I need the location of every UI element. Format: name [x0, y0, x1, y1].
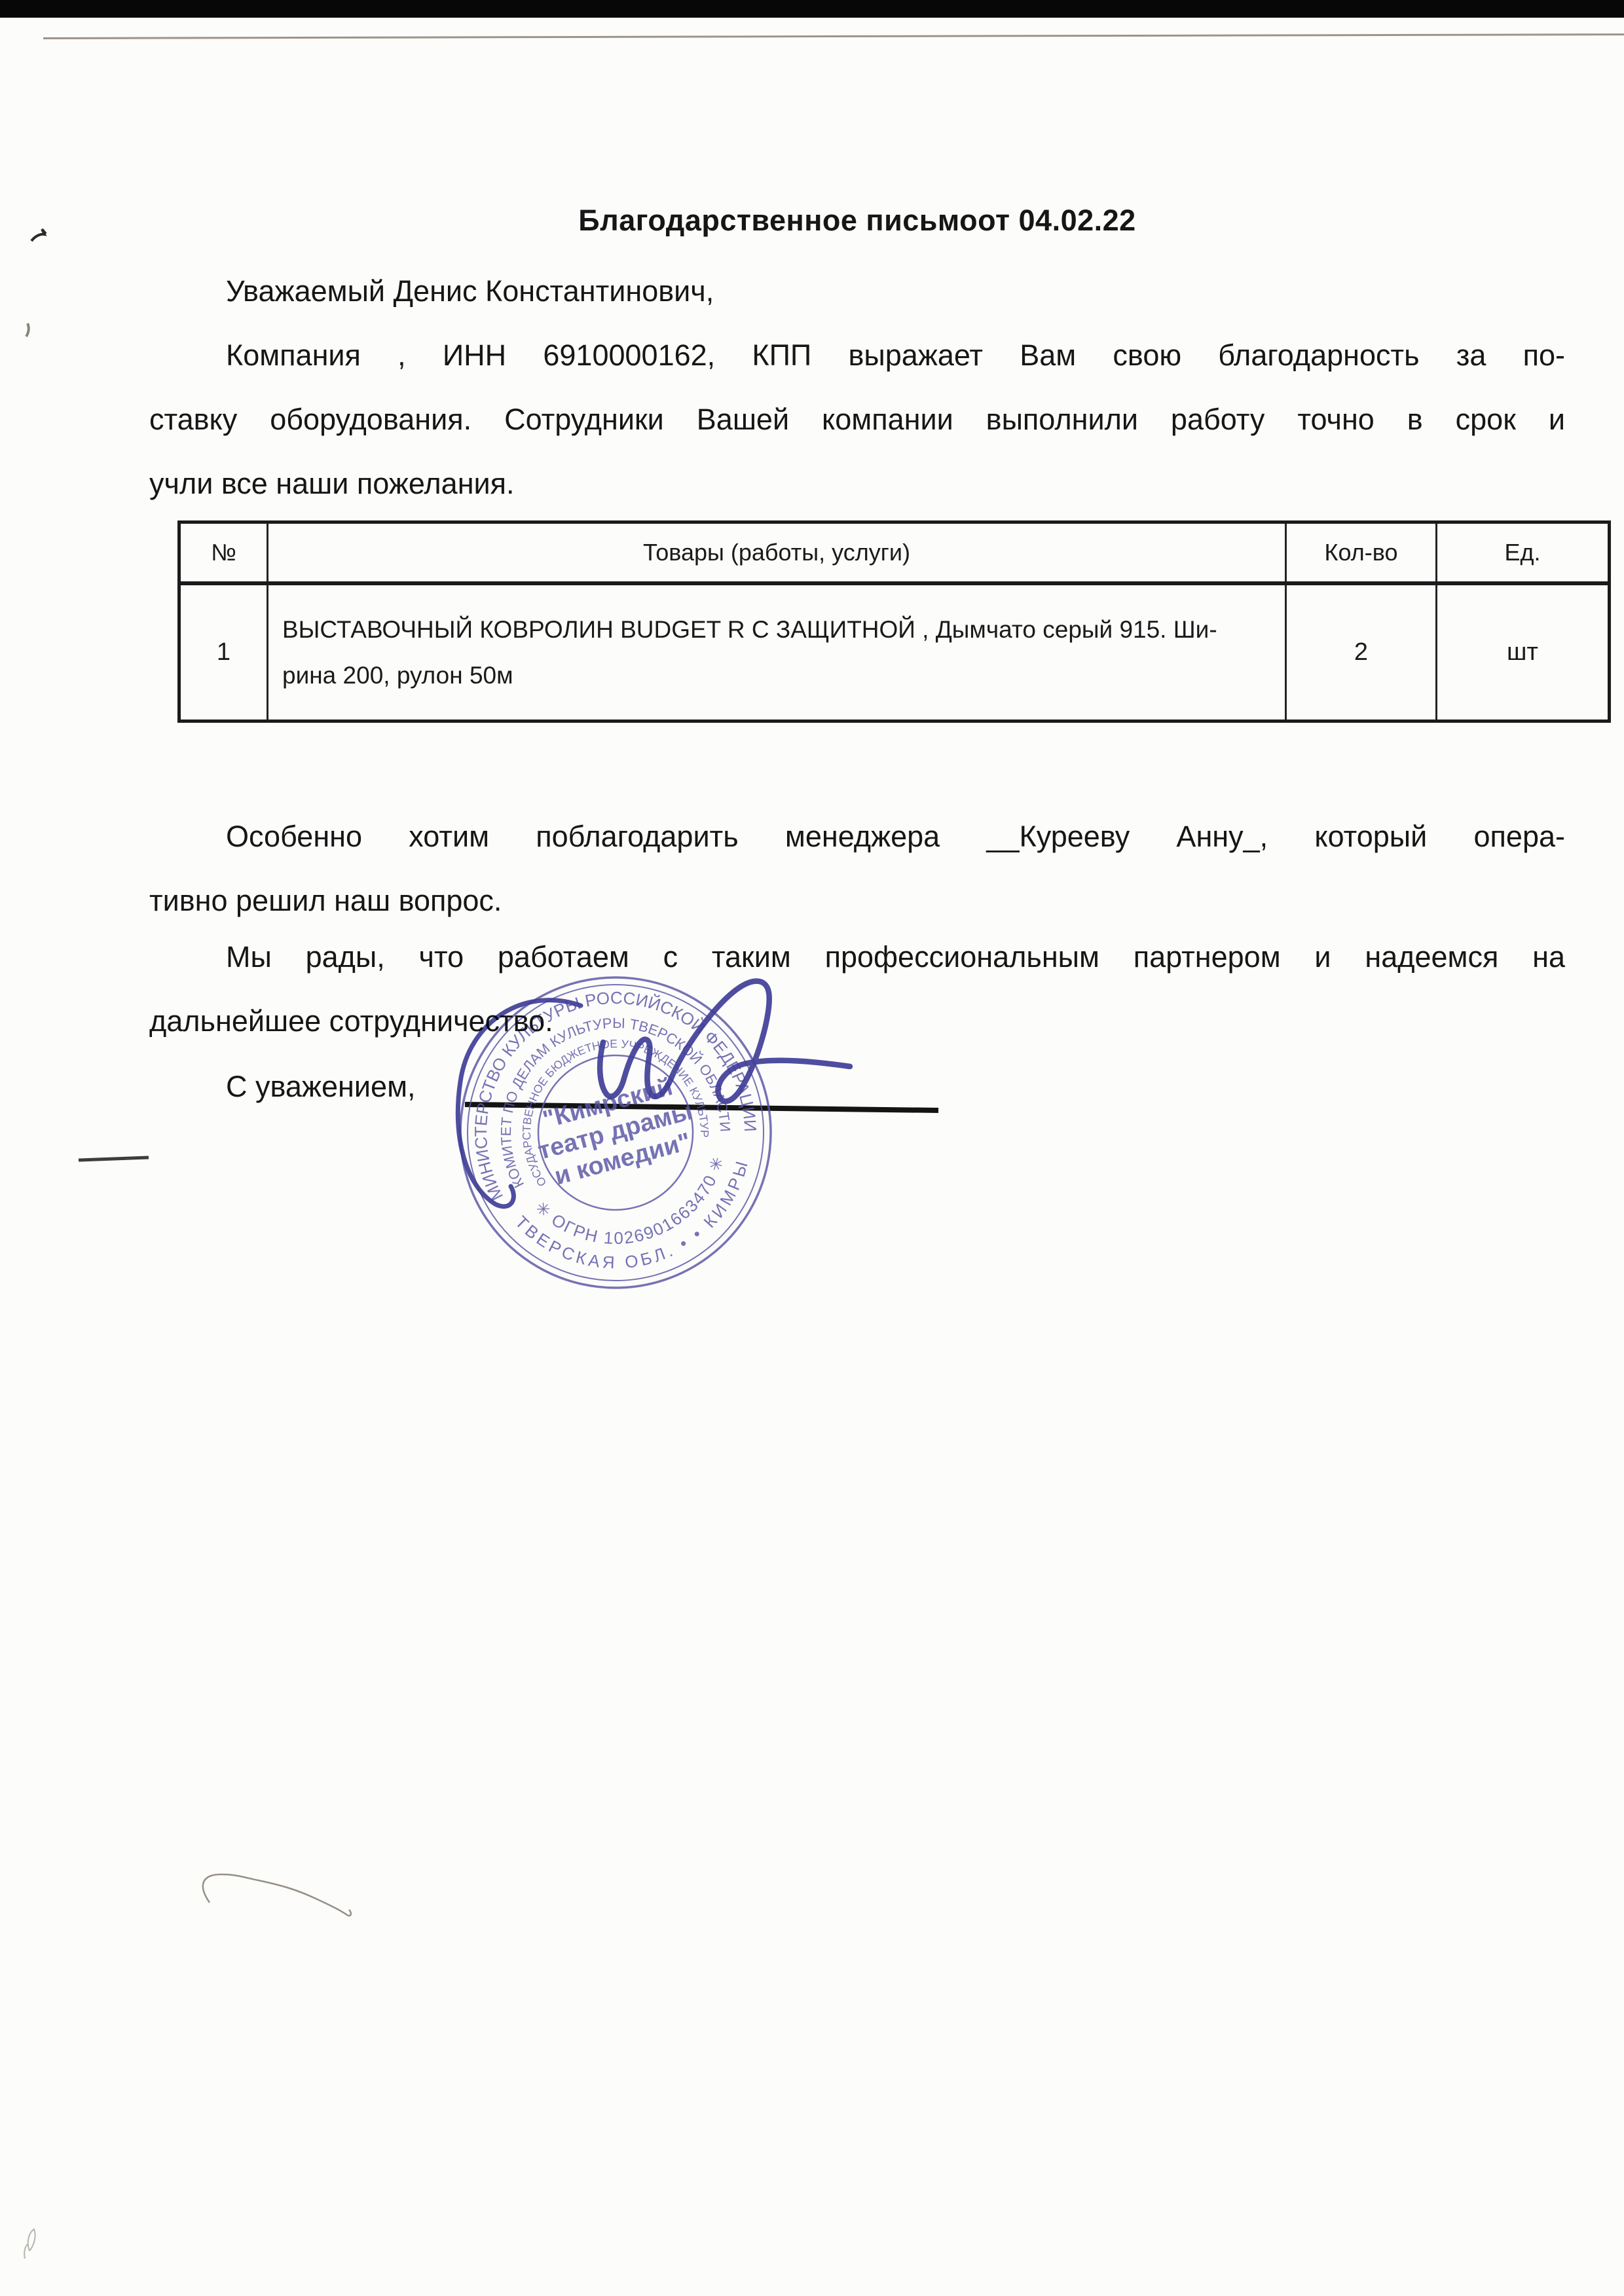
cell-row-number: 1 — [179, 583, 268, 721]
left-margin-dash-artifact — [79, 1157, 149, 1160]
speck-artifact — [24, 2229, 35, 2259]
column-header-goods: Товары (работы, услуги) — [268, 522, 1286, 584]
goods-description-line1: ВЫСТАВОЧНЫЙ КОВРОЛИН BUDGET R С ЗАЩИТНОЙ… — [282, 607, 1266, 653]
column-header-num: № — [179, 522, 268, 584]
speck-artifact — [31, 229, 46, 241]
stamp-ring-ogrn: ✳ ОГРН 1026901663470 ✳ — [528, 1149, 744, 1271]
paragraph1-line1: Компания , ИНН 6910000162, КПП выражает … — [149, 323, 1565, 388]
goods-table-header-row: № Товары (работы, услуги) Кол-во Ед. — [179, 522, 1610, 584]
hair-squiggle-artifact — [203, 1874, 351, 1916]
cell-goods-description: ВЫСТАВОЧНЫЙ КОВРОЛИН BUDGET R С ЗАЩИТНОЙ… — [268, 583, 1286, 721]
speck-artifact — [26, 323, 29, 337]
column-header-unit: Ед. — [1437, 522, 1610, 584]
goods-table: № Товары (работы, услуги) Кол-во Ед. 1 В… — [177, 520, 1611, 723]
paragraph1-line3: учли все наши пожелания. — [149, 452, 1565, 516]
cell-unit: шт — [1437, 583, 1610, 721]
table-row: 1 ВЫСТАВОЧНЫЙ КОВРОЛИН BUDGET R С ЗАЩИТН… — [179, 583, 1610, 721]
paragraph3-line2: дальнейшее сотрудничество. — [149, 989, 1565, 1053]
paragraph3-line1: Мы рады, что работаем с таким профессион… — [149, 925, 1565, 989]
scanned-letter-page: Благодарственное письмоот 04.02.22 Уважа… — [0, 0, 1624, 2296]
paragraph2-line1: Особенно хотим поблагодарить менеджера _… — [149, 805, 1565, 869]
stamp-ring-region-city: ТВЕРСКАЯ ОБЛ. • • КИМРЫ — [509, 1152, 772, 1300]
goods-description-line2: рина 200, рулон 50м — [282, 653, 1266, 699]
stamp-center-line3: и комедии" — [551, 1128, 693, 1191]
salutation: Уважаемый Денис Константинович, — [149, 259, 1565, 323]
cell-quantity: 2 — [1286, 583, 1437, 721]
closing-line: С уважением, — [149, 1055, 1565, 1119]
paragraph1-line2: ставку оборудования. Сотрудники Вашей ко… — [149, 388, 1565, 452]
column-header-qty: Кол-во — [1286, 522, 1437, 584]
paragraph2-line2: тивно решил наш вопрос. — [149, 869, 1565, 933]
scanner-edge-artifact — [0, 0, 1624, 18]
scan-line-artifact — [43, 33, 1624, 39]
letter-title: Благодарственное письмоот 04.02.22 — [149, 189, 1565, 253]
